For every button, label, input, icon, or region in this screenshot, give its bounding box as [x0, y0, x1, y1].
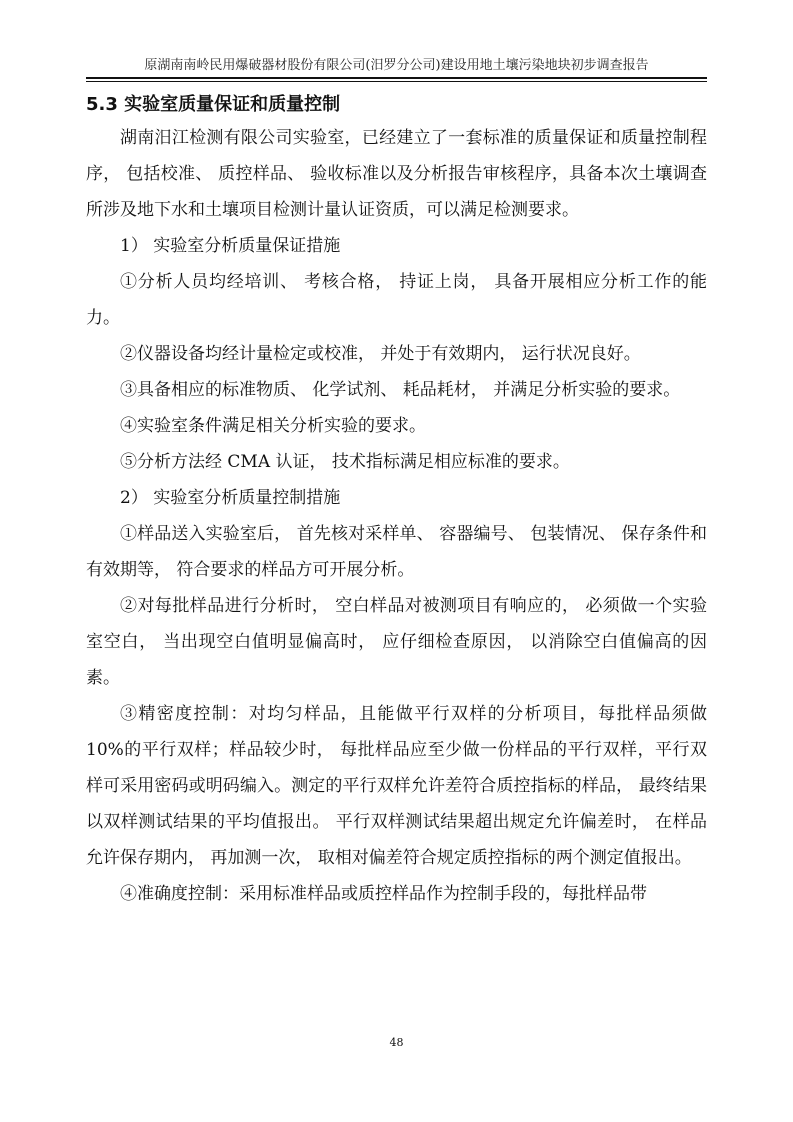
running-header-title: 原湖南南岭民用爆破器材股份有限公司(汨罗分公司)建设用地土壤污染地块初步调查报告: [86, 54, 707, 73]
list-item-qa-5: ⑤分析方法经 CMA 认证， 技术指标满足相应标准的要求。: [86, 444, 707, 480]
list-item-qc-4: ④准确度控制：采用标准样品或质控样品作为控制手段的，每批样品带: [86, 876, 707, 912]
document-body: 湖南汨江检测有限公司实验室，已经建立了一套标准的质量保证和质量控制程序， 包括校…: [86, 120, 707, 912]
list-item-qc-2: ②对每批样品进行分析时， 空白样品对被测项目有响应的， 必须做一个实验室空白， …: [86, 588, 707, 696]
header-rule-thin: [86, 81, 707, 82]
page-number: 48: [0, 1036, 793, 1049]
paragraph-intro: 湖南汨江检测有限公司实验室，已经建立了一套标准的质量保证和质量控制程序， 包括校…: [86, 120, 707, 228]
list-item-qa-3: ③具备相应的标准物质、 化学试剂、 耗品耗材， 并满足分析实验的要求。: [86, 372, 707, 408]
list-item-qa-2: ②仪器设备均经计量检定或校准， 并处于有效期内， 运行状况良好。: [86, 336, 707, 372]
section-heading: 5.3 实验室质量保证和质量控制: [86, 90, 340, 116]
subheading-qa-measures: 1） 实验室分析质量保证措施: [86, 228, 707, 264]
list-item-qc-1: ①样品送入实验室后， 首先核对采样单、 容器编号、 包装情况、 保存条件和有效期…: [86, 516, 707, 588]
list-item-qa-1: ①分析人员均经培训、 考核合格， 持证上岗， 具备开展相应分析工作的能力。: [86, 264, 707, 336]
list-item-qa-4: ④实验室条件满足相关分析实验的要求。: [86, 408, 707, 444]
list-item-qc-3: ③精密度控制：对均匀样品，且能做平行双样的分析项目，每批样品须做 10%的平行双…: [86, 696, 707, 876]
subheading-qc-measures: 2） 实验室分析质量控制措施: [86, 480, 707, 516]
header-rule-thick: [86, 77, 707, 79]
